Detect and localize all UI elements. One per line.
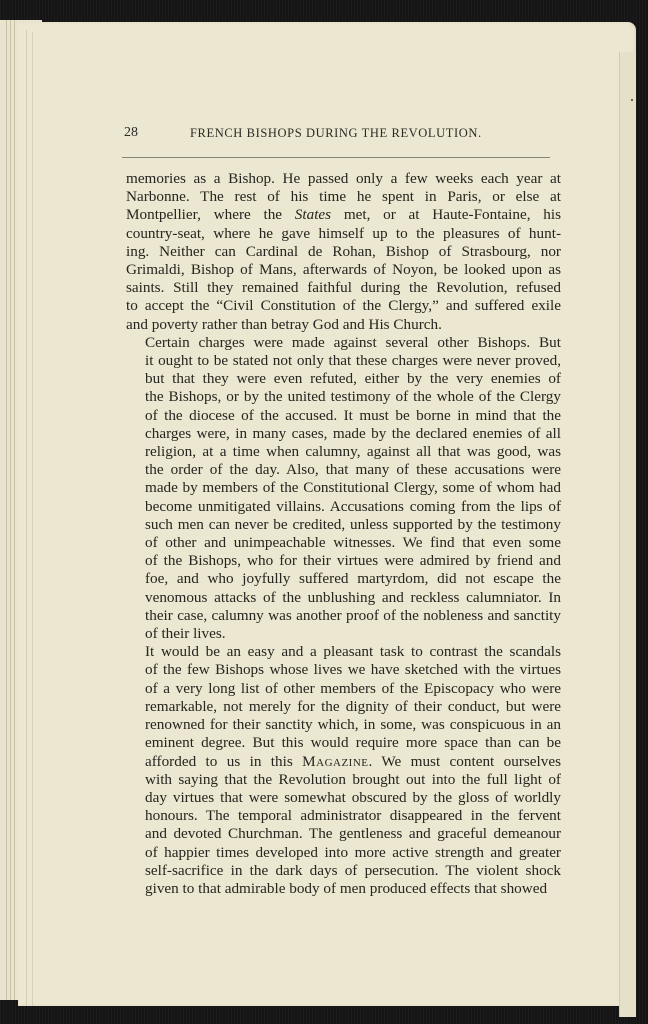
text-line: remarkable, not merely for the dignity o… — [126, 698, 561, 716]
text-line: the order of the day. Also, that many of… — [126, 461, 561, 479]
text-line: and poverty rather than betray God and H… — [126, 316, 561, 334]
text-line: but that they were even refuted, either … — [126, 370, 561, 388]
text-line: to accept the “Civil Constitution of the… — [126, 297, 561, 315]
body-text: memories as a Bishop. He passed only a f… — [126, 170, 561, 898]
text-line: of their lives. — [126, 625, 561, 643]
text-line: saints. Still they remained faithful dur… — [126, 279, 561, 297]
text-line: of the few Bishops whose lives we have s… — [126, 661, 561, 679]
header-rule — [122, 157, 550, 158]
text-line: become unmitigated villains. Accusations… — [126, 498, 561, 516]
text-line: country-seat, where he gave himself up t… — [126, 225, 561, 243]
text-line: of other and unimpeachable witnesses. We… — [126, 534, 561, 552]
text-line: religion, at a time when calumny, agains… — [126, 443, 561, 461]
text-line: memories as a Bishop. He passed only a f… — [126, 170, 561, 188]
text-line: venomous attacks of the unblushing and r… — [126, 589, 561, 607]
text-line: of the Bishops, who for their virtues we… — [126, 552, 561, 570]
paragraph: memories as a Bishop. He passed only a f… — [126, 170, 561, 334]
text-line: day virtues that were somewhat obscured … — [126, 789, 561, 807]
scan-speck — [631, 99, 633, 101]
text-line: given to that admirable body of men prod… — [126, 880, 561, 898]
text-line: of the diocese of the accused. It must b… — [126, 407, 561, 425]
paragraph: Certain charges were made against severa… — [126, 334, 561, 643]
text-line: with saying that the Revolution brought … — [126, 771, 561, 789]
text-line: made by members of the Constitutional Cl… — [126, 479, 561, 497]
text-line: honours. The temporal administrator disa… — [126, 807, 561, 825]
text-line: self-sacrifice in the dark days of perse… — [126, 862, 561, 880]
text-line: Narbonne. The rest of his time he spent … — [126, 188, 561, 206]
text-line: their case, calumny was another proof of… — [126, 607, 561, 625]
text-line: of happier times developed into more act… — [126, 844, 561, 862]
text-line: ing. Neither can Cardinal de Rohan, Bish… — [126, 243, 561, 261]
text-line: Grimaldi, Bishop of Mans, afterwards of … — [126, 261, 561, 279]
text-line: afforded to us in this Magazine. We must… — [126, 753, 561, 771]
text-line: and devoted Churchman. The gentleness an… — [126, 825, 561, 843]
page-number: 28 — [124, 125, 138, 141]
text-line: renowned for their sanctity which, in so… — [126, 716, 561, 734]
text-line: Montpellier, where the States met, or at… — [126, 206, 561, 224]
text-line: such men can never be credited, unless s… — [126, 516, 561, 534]
text-line: It would be an easy and a pleasant task … — [126, 643, 561, 661]
facing-page-edge — [619, 52, 636, 1017]
text-line: charges were, in many cases, made by the… — [126, 425, 561, 443]
text-line: Certain charges were made against severa… — [126, 334, 561, 352]
text-line: the Bishops, or by the united testimony … — [126, 388, 561, 406]
text-line: it ought to be stated not only that thes… — [126, 352, 561, 370]
text-line: foe, and who joyfully suffered martyrdom… — [126, 570, 561, 588]
text-line: eminent degree. But this would require m… — [126, 734, 561, 752]
paragraph: It would be an easy and a pleasant task … — [126, 643, 561, 898]
text-line: of a very long list of other members of … — [126, 680, 561, 698]
running-title: FRENCH BISHOPS DURING THE REVOLUTION. — [190, 126, 482, 141]
